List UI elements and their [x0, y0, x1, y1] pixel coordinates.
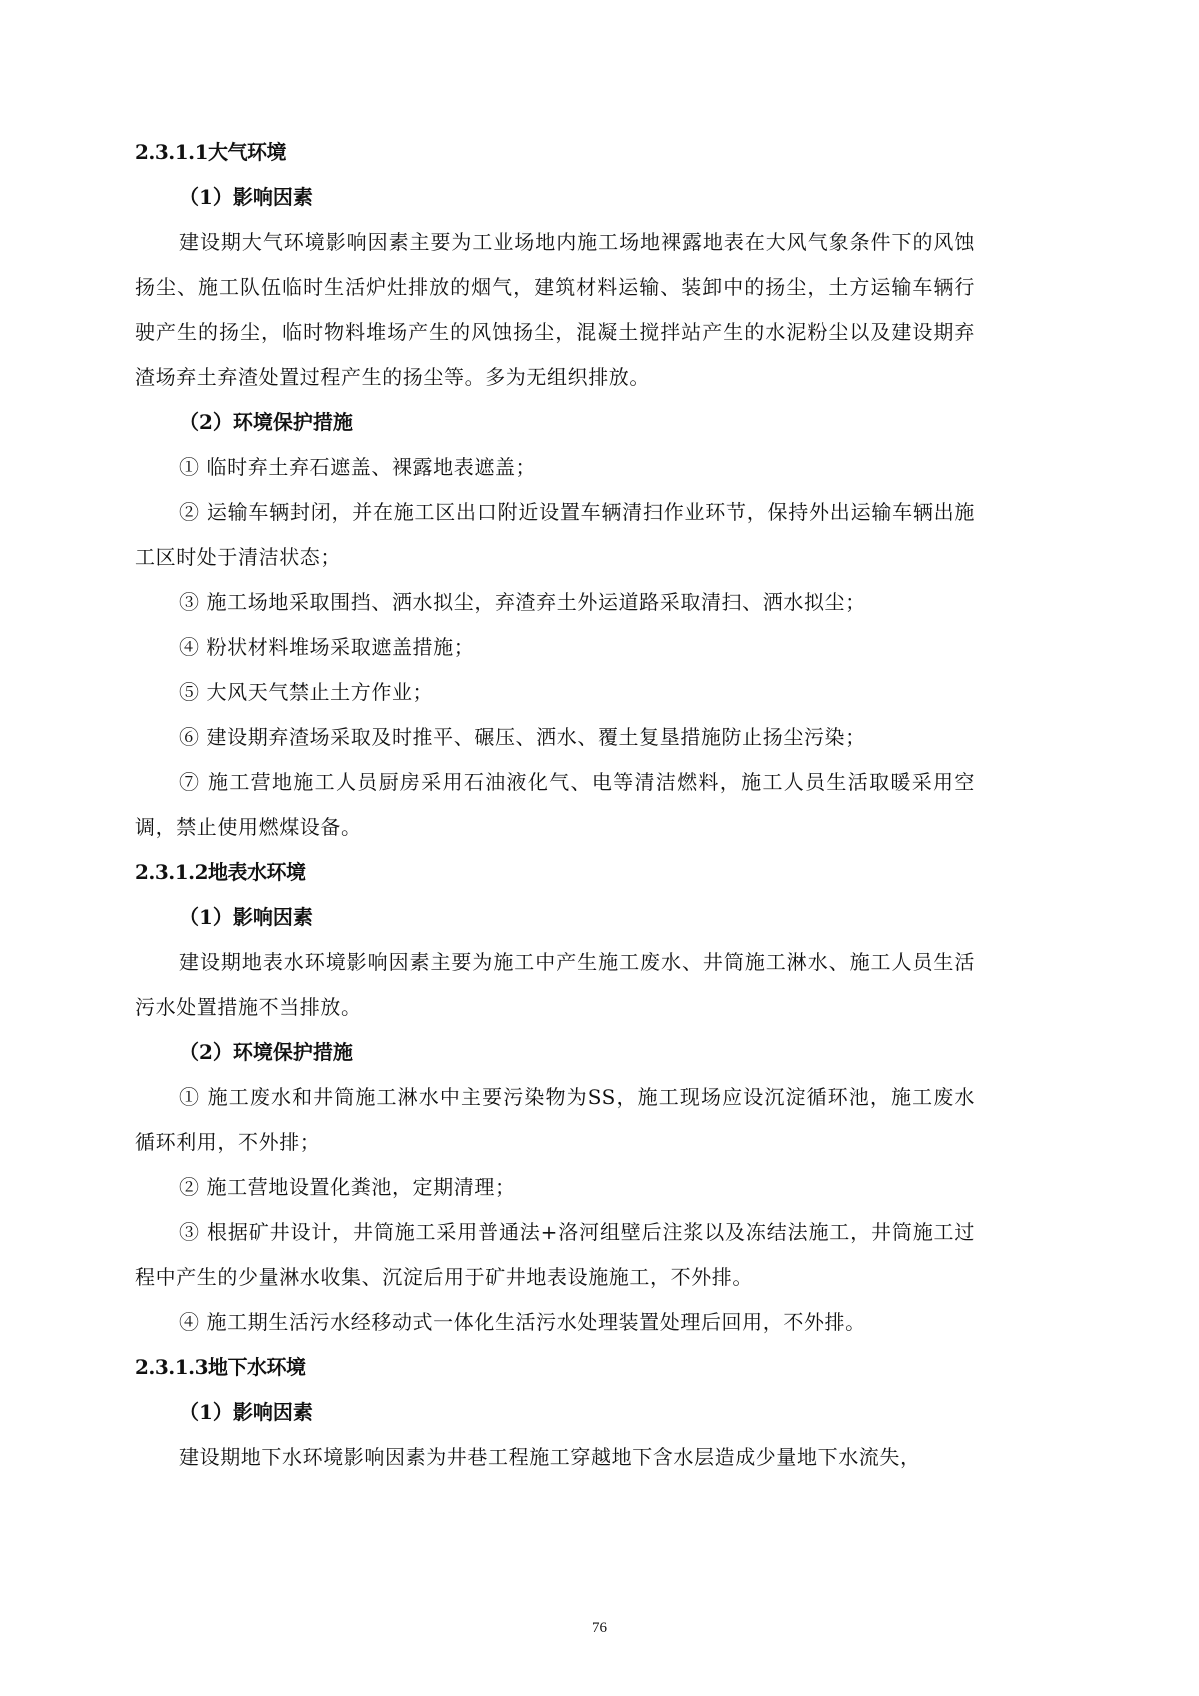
list-item: ④ 施工期生活污水经移动式一体化生活污水处理装置处理后回用，不外排。	[135, 1300, 975, 1345]
paragraph: 建设期地表水环境影响因素主要为施工中产生施工废水、井筒施工淋水、施工人员生活污水…	[135, 940, 975, 1030]
list-item: ② 运输车辆封闭，并在施工区出口附近设置车辆清扫作业环节，保持外出运输车辆出施工…	[135, 490, 975, 580]
document-body: 2.3.1.1大气环境 （1）影响因素 建设期大气环境影响因素主要为工业场地内施…	[135, 130, 975, 1480]
paragraph: 建设期地下水环境影响因素为井巷工程施工穿越地下含水层造成少量地下水流失，	[135, 1435, 975, 1480]
page-number: 76	[0, 1620, 1199, 1637]
list-item: ③ 根据矿井设计，井筒施工采用普通法+洛河组壁后注浆以及冻结法施工，井筒施工过程…	[135, 1210, 975, 1300]
subheading: （1）影响因素	[135, 175, 975, 220]
list-item: ① 施工废水和井筒施工淋水中主要污染物为SS，施工现场应设沉淀循环池，施工废水循…	[135, 1075, 975, 1165]
subheading: （1）影响因素	[135, 895, 975, 940]
section-heading: 2.3.1.3地下水环境	[135, 1345, 975, 1390]
list-item: ⑤ 大风天气禁止土方作业；	[135, 670, 975, 715]
list-item: ④ 粉状材料堆场采取遮盖措施；	[135, 625, 975, 670]
section-heading: 2.3.1.1大气环境	[135, 130, 975, 175]
subheading: （1）影响因素	[135, 1390, 975, 1435]
section-heading: 2.3.1.2地表水环境	[135, 850, 975, 895]
list-item: ⑥ 建设期弃渣场采取及时推平、碾压、洒水、覆土复垦措施防止扬尘污染；	[135, 715, 975, 760]
list-item: ⑦ 施工营地施工人员厨房采用石油液化气、电等清洁燃料，施工人员生活取暖采用空调，…	[135, 760, 975, 850]
list-item: ③ 施工场地采取围挡、洒水拟尘，弃渣弃土外运道路采取清扫、洒水拟尘；	[135, 580, 975, 625]
subheading: （2）环境保护措施	[135, 1030, 975, 1075]
paragraph: 建设期大气环境影响因素主要为工业场地内施工场地裸露地表在大风气象条件下的风蚀扬尘…	[135, 220, 975, 400]
subheading: （2）环境保护措施	[135, 400, 975, 445]
list-item: ① 临时弃土弃石遮盖、裸露地表遮盖；	[135, 445, 975, 490]
list-item: ② 施工营地设置化粪池，定期清理；	[135, 1165, 975, 1210]
